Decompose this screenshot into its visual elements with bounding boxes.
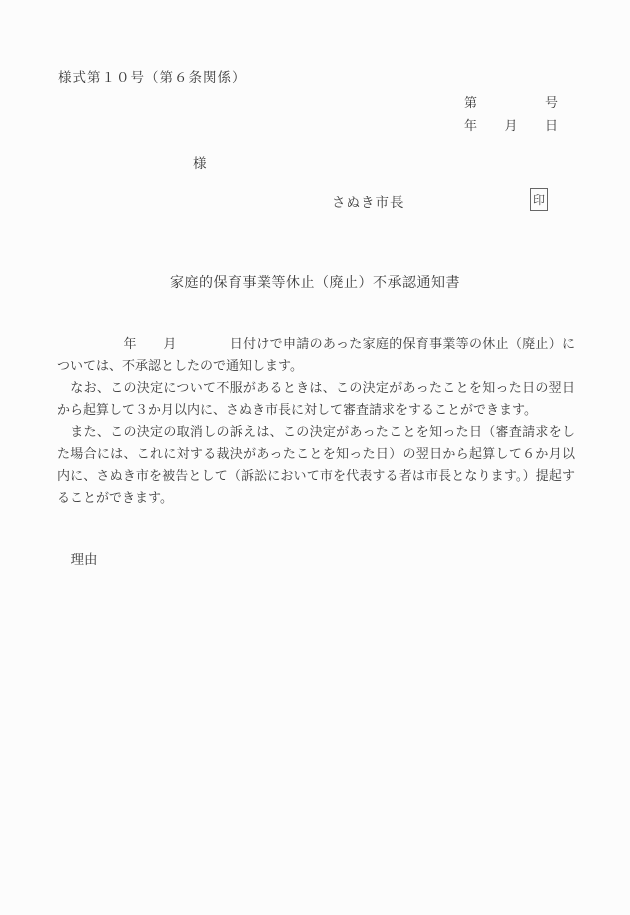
body-paragraph-appeal: なお、この決定について不服があるときは、この決定があったことを知った日の翌日から… xyxy=(57,377,575,421)
seal-placeholder: 印 xyxy=(530,188,548,211)
doc-number-suffix: 号 xyxy=(545,92,558,111)
document-number-line: 第 号 xyxy=(464,90,558,113)
sender-name: さぬき市長 xyxy=(332,191,405,211)
date-year-label: 年 xyxy=(464,115,477,134)
addressee-suffix: 様 xyxy=(193,152,207,172)
date-month-label: 月 xyxy=(504,115,517,134)
form-number: 様式第１０号（第６条関係） xyxy=(58,66,247,86)
body-text: 年 月 日付けで申請のあった家庭的保育事業等の休止（廃止）については、不承認とし… xyxy=(57,333,575,509)
body-paragraph-notification: 年 月 日付けで申請のあった家庭的保育事業等の休止（廃止）については、不承認とし… xyxy=(57,333,575,377)
document-number-block: 第 号 年 月 日 xyxy=(464,90,558,136)
reason-label: 理由 xyxy=(57,548,98,568)
body-paragraph-lawsuit: また、この決定の取消しの訴えは、この決定があったことを知った日（審査請求をした場… xyxy=(57,421,575,509)
date-day-label: 日 xyxy=(545,115,558,134)
date-line: 年 月 日 xyxy=(464,113,558,136)
document-title: 家庭的保育事業等休止（廃止）不承認通知書 xyxy=(0,272,630,292)
notice-document-page: 様式第１０号（第６条関係） 第 号 年 月 日 様 さぬき市長 印 家庭的保育事… xyxy=(0,0,630,915)
doc-number-prefix: 第 xyxy=(464,92,477,111)
